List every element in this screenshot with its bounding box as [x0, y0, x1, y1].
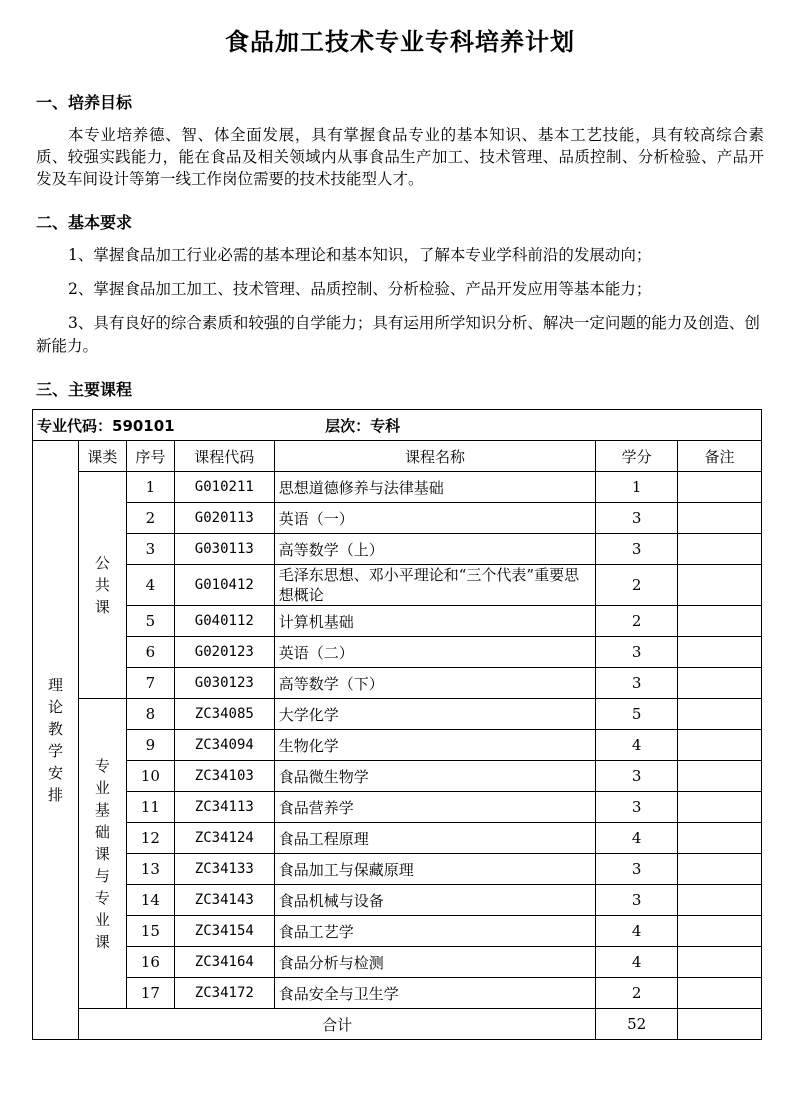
row-no: 8 [126, 699, 174, 730]
row-credit: 4 [596, 916, 678, 947]
row-note [678, 792, 762, 823]
row-credit: 2 [596, 565, 678, 606]
row-name: 高等数学（上） [274, 534, 595, 565]
row-note [678, 472, 762, 503]
section-heading-objectives: 一、培养目标 [36, 90, 132, 113]
row-credit: 5 [596, 699, 678, 730]
requirement-item-1: 1、掌握食品加工行业必需的基本理论和基本知识，了解本专业学科前沿的发展动向； [36, 243, 764, 267]
row-name: 毛泽东思想、邓小平理论和“三个代表”重要思想概论 [274, 565, 595, 606]
table-row: 9 ZC34094 生物化学 4 [33, 730, 762, 761]
requirement-item-3: 3、具有良好的综合素质和较强的自学能力；具有运用所学知识分析、解决一定问题的能力… [36, 312, 764, 358]
row-code: G010211 [174, 472, 274, 503]
row-no: 3 [126, 534, 174, 565]
total-row: 合计 52 [33, 1009, 762, 1040]
col-header-category: 课类 [78, 441, 126, 472]
col-header-code: 课程代码 [174, 441, 274, 472]
table-row: 3 G030113 高等数学（上） 3 [33, 534, 762, 565]
row-no: 15 [126, 916, 174, 947]
row-code: ZC34143 [174, 885, 274, 916]
row-no: 2 [126, 503, 174, 534]
table-row: 16 ZC34164 食品分析与检测 4 [33, 947, 762, 978]
col-header-no: 序号 [126, 441, 174, 472]
row-code: ZC34124 [174, 823, 274, 854]
section-heading-requirements: 二、基本要求 [36, 210, 132, 233]
outer-category-cell: 理论教学安排 [33, 441, 79, 1040]
table-row: 2 G020113 英语（一） 3 [33, 503, 762, 534]
row-credit: 4 [596, 947, 678, 978]
row-note [678, 916, 762, 947]
row-no: 10 [126, 761, 174, 792]
row-credit: 3 [596, 792, 678, 823]
row-note [678, 885, 762, 916]
row-code: ZC34172 [174, 978, 274, 1009]
row-name: 食品机械与设备 [274, 885, 595, 916]
row-no: 7 [126, 668, 174, 699]
table-row: 专业基础课与专业课 8 ZC34085 大学化学 5 [33, 699, 762, 730]
category-cell-professional: 专业基础课与专业课 [78, 699, 126, 1009]
row-code: G020123 [174, 637, 274, 668]
section-heading-courses: 三、主要课程 [36, 377, 132, 400]
row-credit: 2 [596, 606, 678, 637]
table-row: 6 G020123 英语（二） 3 [33, 637, 762, 668]
row-name: 计算机基础 [274, 606, 595, 637]
row-no: 11 [126, 792, 174, 823]
level-label: 层次：专科 [325, 417, 400, 435]
row-name: 思想道德修养与法律基础 [274, 472, 595, 503]
table-row: 4 G010412 毛泽东思想、邓小平理论和“三个代表”重要思想概论 2 [33, 565, 762, 606]
row-code: G020113 [174, 503, 274, 534]
row-name: 食品分析与检测 [274, 947, 595, 978]
course-table: 专业代码：590101 层次：专科 理论教学安排 课类 序号 课程代码 课程名称… [32, 409, 762, 1040]
row-name: 食品安全与卫生学 [274, 978, 595, 1009]
row-name: 食品工程原理 [274, 823, 595, 854]
col-header-credit: 学分 [596, 441, 678, 472]
row-code: ZC34103 [174, 761, 274, 792]
row-code: G030123 [174, 668, 274, 699]
row-code: ZC34113 [174, 792, 274, 823]
meta-cell: 专业代码：590101 层次：专科 [33, 410, 762, 441]
total-note [678, 1009, 762, 1040]
major-code-label: 专业代码：590101 [37, 417, 175, 435]
row-no: 17 [126, 978, 174, 1009]
table-row: 14 ZC34143 食品机械与设备 3 [33, 885, 762, 916]
row-note [678, 699, 762, 730]
row-note [678, 761, 762, 792]
row-name: 生物化学 [274, 730, 595, 761]
row-credit: 4 [596, 730, 678, 761]
row-credit: 3 [596, 637, 678, 668]
row-note [678, 668, 762, 699]
row-credit: 3 [596, 761, 678, 792]
row-credit: 3 [596, 854, 678, 885]
row-no: 12 [126, 823, 174, 854]
document-title: 食品加工技术专业专科培养计划 [0, 22, 800, 57]
row-name: 英语（二） [274, 637, 595, 668]
row-name: 英语（一） [274, 503, 595, 534]
row-no: 1 [126, 472, 174, 503]
row-code: ZC34085 [174, 699, 274, 730]
row-name: 食品加工与保藏原理 [274, 854, 595, 885]
row-name: 食品微生物学 [274, 761, 595, 792]
row-no: 13 [126, 854, 174, 885]
row-credit: 3 [596, 668, 678, 699]
row-code: ZC34133 [174, 854, 274, 885]
row-credit: 2 [596, 978, 678, 1009]
row-no: 9 [126, 730, 174, 761]
row-credit: 3 [596, 503, 678, 534]
row-no: 16 [126, 947, 174, 978]
total-credit: 52 [596, 1009, 678, 1040]
row-name: 高等数学（下） [274, 668, 595, 699]
requirement-item-2: 2、掌握食品加工加工、技术管理、品质控制、分析检验、产品开发应用等基本能力； [36, 277, 764, 301]
row-name: 食品营养学 [274, 792, 595, 823]
row-code: G040112 [174, 606, 274, 637]
row-no: 5 [126, 606, 174, 637]
row-name: 大学化学 [274, 699, 595, 730]
row-credit: 4 [596, 823, 678, 854]
row-note [678, 534, 762, 565]
table-row: 11 ZC34113 食品营养学 3 [33, 792, 762, 823]
objectives-paragraph: 本专业培养德、智、体全面发展，具有掌握食品专业的基本知识、基本工艺技能，具有较高… [36, 124, 764, 190]
row-note [678, 503, 762, 534]
row-credit: 3 [596, 885, 678, 916]
row-note [678, 637, 762, 668]
category-cell-public: 公共课 [78, 472, 126, 699]
table-row: 10 ZC34103 食品微生物学 3 [33, 761, 762, 792]
row-no: 6 [126, 637, 174, 668]
row-code: ZC34154 [174, 916, 274, 947]
row-no: 14 [126, 885, 174, 916]
row-note [678, 606, 762, 637]
row-note [678, 854, 762, 885]
row-note [678, 730, 762, 761]
row-name: 食品工艺学 [274, 916, 595, 947]
table-meta-row: 专业代码：590101 层次：专科 [33, 410, 762, 441]
total-label: 合计 [78, 1009, 595, 1040]
row-note [678, 823, 762, 854]
col-header-name: 课程名称 [274, 441, 595, 472]
row-code: ZC34164 [174, 947, 274, 978]
row-note [678, 978, 762, 1009]
row-credit: 1 [596, 472, 678, 503]
table-header-row: 理论教学安排 课类 序号 课程代码 课程名称 学分 备注 [33, 441, 762, 472]
row-no: 4 [126, 565, 174, 606]
table-row: 5 G040112 计算机基础 2 [33, 606, 762, 637]
row-credit: 3 [596, 534, 678, 565]
col-header-note: 备注 [678, 441, 762, 472]
row-code: G010412 [174, 565, 274, 606]
table-row: 15 ZC34154 食品工艺学 4 [33, 916, 762, 947]
row-note [678, 565, 762, 606]
table-row: 7 G030123 高等数学（下） 3 [33, 668, 762, 699]
table-row: 17 ZC34172 食品安全与卫生学 2 [33, 978, 762, 1009]
table-row: 12 ZC34124 食品工程原理 4 [33, 823, 762, 854]
row-code: ZC34094 [174, 730, 274, 761]
table-row: 公共课 1 G010211 思想道德修养与法律基础 1 [33, 472, 762, 503]
row-note [678, 947, 762, 978]
row-code: G030113 [174, 534, 274, 565]
table-row: 13 ZC34133 食品加工与保藏原理 3 [33, 854, 762, 885]
